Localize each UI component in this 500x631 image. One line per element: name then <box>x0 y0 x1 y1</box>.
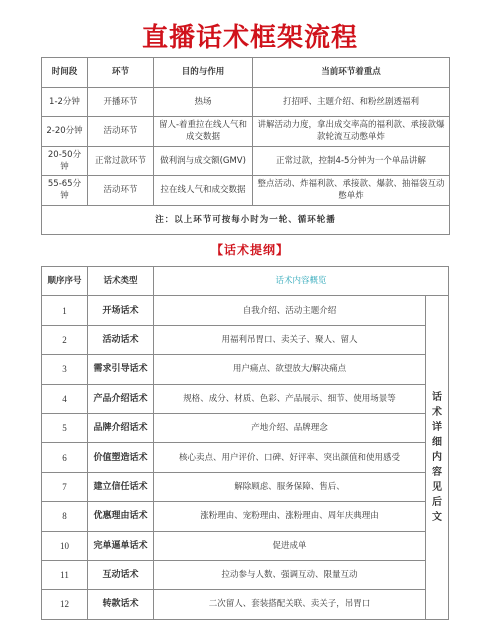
content-cell: 涨粉理由、宠粉理由、涨粉理由、周年庆典理由 <box>154 502 426 531</box>
flow-table-header: 时间段 环节 目的与作用 当前环节着重点 <box>42 58 450 88</box>
outline-table-header: 顺序序号 话术类型 话术内容概览 <box>42 267 449 296</box>
type-cell: 品牌介绍话术 <box>88 413 154 442</box>
time-cell: 20-50分钟 <box>42 146 88 176</box>
type-cell: 互动话术 <box>88 560 154 589</box>
table-row: 4 产品介绍话术 规格、成分、材质、色彩、产品展示、细节、使用场景等 <box>42 384 449 413</box>
header-overview: 话术内容概览 <box>154 267 449 296</box>
type-cell: 优惠理由话术 <box>88 502 154 531</box>
flow-table: 时间段 环节 目的与作用 当前环节着重点 1-2分钟 开播环节 热场 打招呼、主… <box>41 57 450 235</box>
side-note: 话术详细内容见后文 <box>426 296 449 619</box>
focus-cell: 整点活动、炸福利款、承接款、爆款、抽福袋互动憋单炸 <box>253 176 450 206</box>
time-cell: 2-20分钟 <box>42 117 88 147</box>
table-row: 2 活动话术 用福利吊胃口、卖关子、聚人、留人 <box>42 325 449 354</box>
type-cell: 价值塑造话术 <box>88 443 154 472</box>
content-cell: 自我介绍、活动主题介绍 <box>154 296 426 325</box>
note-text: 注：以上环节可按每小时为一轮、循环轮播 <box>42 205 450 235</box>
content-cell: 用户痛点、欲望放大/解决痛点 <box>154 355 426 384</box>
purpose-cell: 热场 <box>154 87 253 117</box>
table-row: 10 完单逼单话术 促进成单 <box>42 531 449 560</box>
note-row: 注：以上环节可按每小时为一轮、循环轮播 <box>42 205 450 235</box>
header-purpose: 目的与作用 <box>154 58 253 88</box>
order-cell: 6 <box>42 443 88 472</box>
stage-cell: 正常过款环节 <box>88 146 154 176</box>
content-cell: 促进成单 <box>154 531 426 560</box>
header-order: 顺序序号 <box>42 267 88 296</box>
content-cell: 拉动参与人数、强调互动、限量互动 <box>154 560 426 589</box>
table-row: 20-50分钟 正常过款环节 做利润与成交额(GMV) 正常过款，控制4-5分钟… <box>42 146 450 176</box>
outline-title: 【话术提纲】 <box>0 241 500 258</box>
type-cell: 转款话术 <box>88 590 154 619</box>
time-cell: 1-2分钟 <box>42 87 88 117</box>
table-row: 12 转款话术 二次留人、套装搭配关联、卖关子，吊胃口 <box>42 590 449 619</box>
table-row: 7 建立信任话术 解除顾虑、服务保障、售后、 <box>42 472 449 501</box>
content-cell: 核心卖点、用户评价、口碑、好评率、突出颜值和使用感受 <box>154 443 426 472</box>
table-row: 3 需求引导话术 用户痛点、欲望放大/解决痛点 <box>42 355 449 384</box>
table-row: 5 品牌介绍话术 产地介绍、品牌理念 <box>42 413 449 442</box>
table-row: 11 互动话术 拉动参与人数、强调互动、限量互动 <box>42 560 449 589</box>
outline-table: 顺序序号 话术类型 话术内容概览 1 开场话术 自我介绍、活动主题介绍 话术详细… <box>41 266 449 620</box>
header-time: 时间段 <box>42 58 88 88</box>
purpose-cell: 拉在线人气和成交数据 <box>154 176 253 206</box>
header-type: 话术类型 <box>88 267 154 296</box>
table-row: 55-65分钟 活动环节 拉在线人气和成交数据 整点活动、炸福利款、承接款、爆款… <box>42 176 450 206</box>
stage-cell: 活动环节 <box>88 117 154 147</box>
focus-cell: 讲解活动力度，拿出成交率高的福利款、承接款爆款轮流互动憋单炸 <box>253 117 450 147</box>
purpose-cell: 留人-着重拉在线人气和成交数据 <box>154 117 253 147</box>
focus-cell: 打招呼、主题介绍、和粉丝剧透福利 <box>253 87 450 117</box>
content-cell: 产地介绍、品牌理念 <box>154 413 426 442</box>
type-cell: 产品介绍话术 <box>88 384 154 413</box>
order-cell: 3 <box>42 355 88 384</box>
content-cell: 规格、成分、材质、色彩、产品展示、细节、使用场景等 <box>154 384 426 413</box>
table-row: 1 开场话术 自我介绍、活动主题介绍 话术详细内容见后文 <box>42 296 449 325</box>
page-title: 直播话术框架流程 <box>0 17 500 54</box>
focus-cell: 正常过款，控制4-5分钟为一个单品讲解 <box>253 146 450 176</box>
type-cell: 需求引导话术 <box>88 355 154 384</box>
type-cell: 活动话术 <box>88 325 154 354</box>
content-cell: 二次留人、套装搭配关联、卖关子，吊胃口 <box>154 590 426 619</box>
purpose-cell: 做利润与成交额(GMV) <box>154 146 253 176</box>
table-row: 2-20分钟 活动环节 留人-着重拉在线人气和成交数据 讲解活动力度，拿出成交率… <box>42 117 450 147</box>
order-cell: 5 <box>42 413 88 442</box>
table-row: 8 优惠理由话术 涨粉理由、宠粉理由、涨粉理由、周年庆典理由 <box>42 502 449 531</box>
table-row: 6 价值塑造话术 核心卖点、用户评价、口碑、好评率、突出颜值和使用感受 <box>42 443 449 472</box>
order-cell: 7 <box>42 472 88 501</box>
type-cell: 建立信任话术 <box>88 472 154 501</box>
order-cell: 8 <box>42 502 88 531</box>
order-cell: 4 <box>42 384 88 413</box>
header-focus: 当前环节着重点 <box>253 58 450 88</box>
stage-cell: 开播环节 <box>88 87 154 117</box>
content-cell: 解除顾虑、服务保障、售后、 <box>154 472 426 501</box>
order-cell: 1 <box>42 296 88 325</box>
content-cell: 用福利吊胃口、卖关子、聚人、留人 <box>154 325 426 354</box>
header-stage: 环节 <box>88 58 154 88</box>
order-cell: 11 <box>42 560 88 589</box>
order-cell: 2 <box>42 325 88 354</box>
order-cell: 12 <box>42 590 88 619</box>
stage-cell: 活动环节 <box>88 176 154 206</box>
type-cell: 开场话术 <box>88 296 154 325</box>
type-cell: 完单逼单话术 <box>88 531 154 560</box>
order-cell: 10 <box>42 531 88 560</box>
time-cell: 55-65分钟 <box>42 176 88 206</box>
table-row: 1-2分钟 开播环节 热场 打招呼、主题介绍、和粉丝剧透福利 <box>42 87 450 117</box>
